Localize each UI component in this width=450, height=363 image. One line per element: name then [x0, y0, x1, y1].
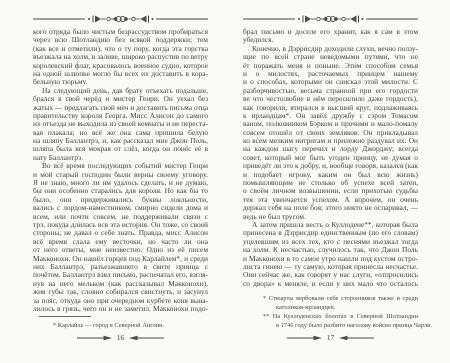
right-page: брал письмо и доселе его хранит, как я с…	[243, 0, 418, 363]
header-ornament-icon	[243, 13, 418, 25]
text-line: приведёт ли это к добру, и, вообще говор…	[243, 162, 418, 170]
text-line: разборчивостью, весьма странной при его …	[243, 87, 418, 95]
text-line: въезжала на холм, в заливе, широко распу…	[33, 53, 208, 61]
page-number-row: 16	[33, 333, 208, 343]
footnote-line: * Карлайль — город в Северной Англии.	[53, 321, 208, 330]
text-line: А затем пришла весть о Куллодене**, кото…	[243, 221, 418, 229]
text-line: и Макконохи в то самое утро нашли под ку…	[243, 255, 418, 263]
text-line: листа гинею — ту самую, которая принесла…	[243, 263, 418, 271]
text-line: уцелевшим из всех тех, кто с песнями въе…	[243, 238, 418, 246]
page-number-row: 17	[243, 333, 418, 343]
text-line: правительству короля Георга. Мисс Алисон…	[33, 112, 208, 120]
text-line: ко всем мелким интригам и прилежно разду…	[243, 137, 418, 145]
text-line: было, они придерживались буквы лояльност…	[33, 196, 208, 204]
text-line: убедился.	[243, 36, 418, 44]
text-line: Я не знаю, много ли им удалось сделать, …	[33, 179, 208, 187]
text-line: и о способах, которыми он снискал этой м…	[243, 78, 418, 86]
text-line: стороны, не давал о себе знать. Правда, …	[33, 229, 208, 237]
text-line: всем, или почти совсем, не поддерживали …	[33, 213, 208, 221]
page-number-ornament-right-icon	[338, 334, 374, 342]
text-line: на шляпу Баллантрэ, и, как рассказал мне…	[33, 137, 208, 145]
left-page: кого отряда было чистым безрассудством п…	[33, 0, 208, 363]
text-line: на холм. К несчастью, случилось так, что…	[243, 246, 418, 254]
text-line: нату Баллантрэ.	[33, 154, 208, 162]
text-line: как говорили, втирался в высший круг, по…	[243, 104, 418, 112]
text-line: и мой старый господин были верны своему …	[33, 171, 208, 179]
text-line: совет, который мог быть угоден принцу, н…	[243, 154, 418, 162]
footnote-line: католиков-ирландцев.	[263, 303, 418, 312]
text-line: к ирландцам*. Он завёл дружбу с сэром То…	[243, 112, 418, 120]
header-ornament-icon	[33, 13, 208, 25]
page-number-ornament-right-icon	[128, 334, 164, 342]
text-line: бельную тюрьму.	[33, 78, 208, 86]
text-line: жатых — предлагать свой меч и доставить …	[33, 104, 208, 112]
text-line: через всю Шотландию без всякой поддержки…	[33, 36, 208, 44]
text-line: Конечно, в Дэррисдир доходили слухи, веч…	[243, 45, 418, 53]
text-line: ёт поражать меня и поныне. Этим способом…	[243, 62, 418, 70]
text-line: кого отряда было чистым безрассудством п…	[33, 28, 208, 36]
text-line: трэ, покуда длилась вся эта история. Он …	[33, 221, 208, 229]
text-line: тея эта увенчается успехом. А впрочем, о…	[243, 196, 418, 204]
text-line: со двора» к меняле, и если у них мало чт…	[243, 280, 418, 288]
footnote-line: в 1746 году было разбито наголову войско…	[263, 321, 418, 330]
page-number: 16	[117, 333, 125, 343]
text-line: их отъезда не выходила из своей комнаты …	[33, 120, 208, 128]
text-line: всё время слала ему весточки, но часто л…	[33, 238, 208, 246]
page-number-ornament-left-icon	[77, 334, 113, 342]
text-line: ведь не был трусом.	[243, 213, 418, 221]
page-number-ornament-left-icon	[287, 334, 323, 342]
text-line: помышляющим не столько об успехе всей за…	[243, 179, 418, 187]
text-line: Макконохи. Он нашёл горцев под Карлайлем…	[33, 255, 208, 263]
text-line: почётом. Баллантрэ взял письмо, распечат…	[33, 271, 208, 279]
footnotes-block: * Стюарты вербовали себе сторонников так…	[263, 294, 418, 330]
text-line: за пояс, откуда оно при очередном курбет…	[33, 297, 208, 305]
footnote-divider	[39, 316, 91, 317]
text-line: совсем отошёл от своих земляков. Он прик…	[243, 129, 418, 137]
text-line: них Баллантрэ, разъезжавшего в свите при…	[33, 263, 208, 271]
footnotes-block: * Карлайль — город в Северной Англии.	[53, 321, 208, 330]
page-text-body: брал письмо и доселе его хранит, как я с…	[243, 28, 418, 288]
page-number: 17	[327, 333, 335, 343]
text-line: ве что честолюбие в нём пересилило даже …	[243, 95, 418, 103]
footnote-line: * Стюарты вербовали себе сторонников так…	[263, 294, 418, 303]
text-line: принесена в Дэррисдир единственным (по е…	[243, 229, 418, 237]
text-line: нув на него мельком (как рассказывал Мак…	[33, 280, 208, 288]
text-line: вая плакала; но всё же она сама пришила …	[33, 129, 208, 137]
text-line: Они сейчас же, как говорят у нас слуги, …	[243, 271, 418, 279]
text-line: и о милостях, расточаемых принцем нашему…	[243, 70, 418, 78]
text-line: брался в свой черёд и мистер Генри. Он у…	[33, 95, 208, 103]
text-line: ваном, полковником Бэрком и прочими и ма…	[243, 120, 418, 128]
text-line: (как все и отметили), что о ту пору, ког…	[33, 45, 208, 53]
page-text-body: кого отряда было чистым безрассудством п…	[33, 28, 208, 313]
book-spread: { "book": { "ink_color": "#46413d", "pap…	[0, 0, 450, 363]
text-line: на каждом шагу перечил и лорду Джорджу; …	[243, 145, 418, 153]
text-line: и подобает игроку, каким он был всю жизн…	[243, 171, 418, 179]
text-line: королевский флаг, красовалось военное су…	[33, 62, 208, 70]
text-line: щие по всей стране неведомыми путями, чт…	[243, 53, 418, 61]
text-line: от него ответы, мне неизвестно. Одно из …	[33, 246, 208, 254]
text-line: Во всё время последующих событий мистер …	[33, 162, 208, 170]
text-line: вались с лордом-наместником, смирно сиде…	[33, 204, 208, 212]
text-line: На следующий день, дав брату отъехать по…	[33, 87, 208, 95]
text-line: бы они особенно старались для короля. Но…	[33, 187, 208, 195]
text-line: о своём личном возвышении, если прихотью…	[243, 187, 418, 195]
text-line: лилось в грязь, чего он и не заметил. Ма…	[33, 305, 208, 313]
text-line: жив губы так, словно собирался свистнуть…	[33, 288, 208, 296]
footnote-line: ** На Куллоденских болотах в Северной Шо…	[263, 312, 418, 321]
